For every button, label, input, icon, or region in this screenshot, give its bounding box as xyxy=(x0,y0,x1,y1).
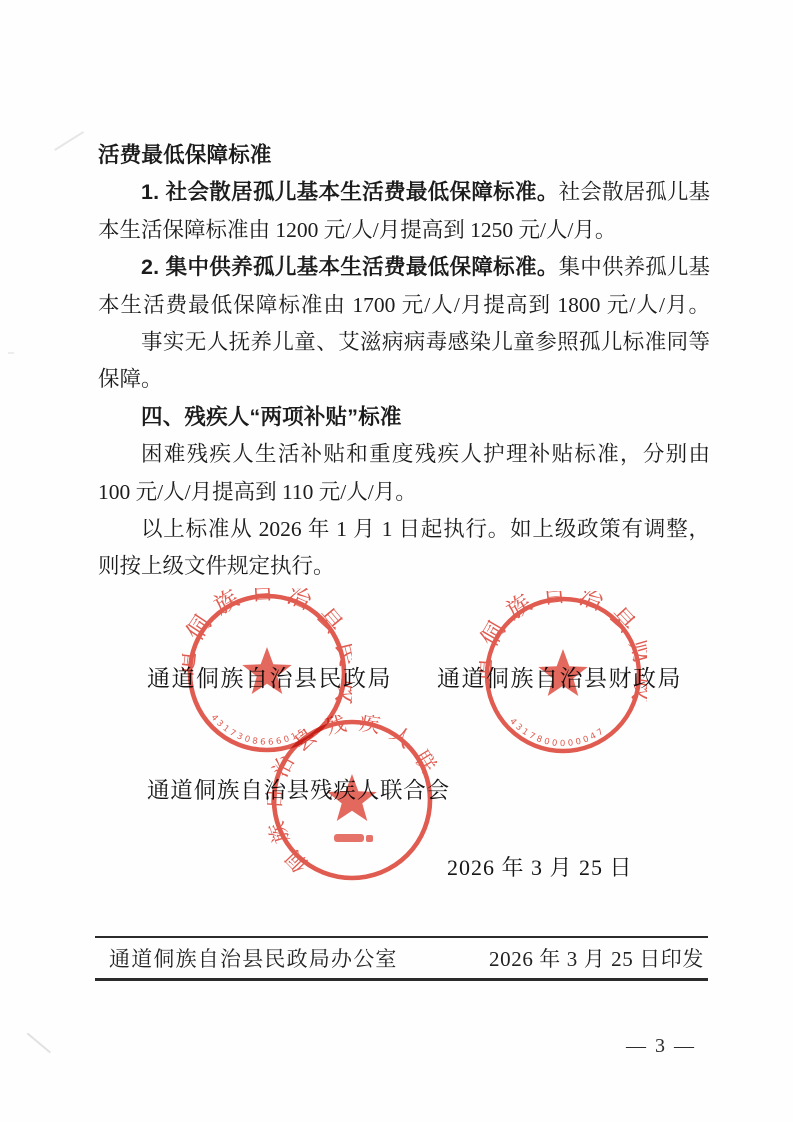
svg-text:通道侗族自治县财政局: 通道侗族自治县财政局 xyxy=(479,591,647,704)
official-seal-finance: 通道侗族自治县财政局 4317800000047 xyxy=(479,591,647,759)
scan-artifact xyxy=(54,131,84,150)
body-text-bold: 1. 社会散居孤儿基本生活费最低保障标准。 xyxy=(141,180,559,204)
footer-rule-bottom xyxy=(95,978,708,981)
body-lines: 活费最低保障标准1. 社会散居孤儿基本生活费最低保障标准。社会散居孤儿基本生活保… xyxy=(98,137,710,586)
body-line: 以上标准从 2026 年 1 月 1 日起执行。如上级政策有调整， xyxy=(98,511,710,548)
star-icon xyxy=(327,774,376,821)
body-line: 1. 社会散居孤儿基本生活费最低保障标准。社会散居孤儿基 xyxy=(98,174,710,211)
body-text: 社会散居孤儿基 xyxy=(559,180,710,204)
footer-print-date: 2026 年 3 月 25 日印发 xyxy=(489,943,708,973)
body-text-bold: 四、残疾人“两项补贴”标准 xyxy=(141,405,402,429)
footer: 通道侗族自治县民政局办公室 2026 年 3 月 25 日印发 xyxy=(95,940,708,976)
body-text: 集中供养孤儿基 xyxy=(559,255,710,279)
body-text: 本生活保障标准由 1200 元/人/月提高到 1250 元/人/月。 xyxy=(98,218,616,242)
body-line: 2. 集中供养孤儿基本生活费最低保障标准。集中供养孤儿基 xyxy=(98,249,710,286)
page-number: — 3 — xyxy=(626,1035,696,1058)
star-icon xyxy=(242,647,291,694)
body-line: 本生活保障标准由 1200 元/人/月提高到 1250 元/人/月。 xyxy=(98,212,710,249)
document-page: 活费最低保障标准1. 社会散居孤儿基本生活费最低保障标准。社会散居孤儿基本生活保… xyxy=(0,0,793,1122)
body-line: 事实无人抚养儿童、艾滋病病毒感染儿童参照孤儿标准同等 xyxy=(98,324,710,361)
body-line: 四、残疾人“两项补贴”标准 xyxy=(98,399,710,436)
seal-name-text: 通道侗族自治县财政局 xyxy=(479,591,647,704)
body-text: 本生活费最低保障标准由 1700 元/人/月提高到 1800 元/人/月。 xyxy=(98,293,710,317)
star-icon xyxy=(538,649,587,696)
body-text: 困难残疾人生活补贴和重度残疾人护理补贴标准，分别由 xyxy=(141,442,710,466)
body-text: 保障。 xyxy=(98,367,163,391)
body-text: 事实无人抚养儿童、艾滋病病毒感染儿童参照孤儿标准同等 xyxy=(141,330,710,354)
body-text: 则按上级文件规定执行。 xyxy=(98,554,335,578)
scan-artifact xyxy=(8,352,14,354)
body-line: 保障。 xyxy=(98,361,710,398)
signature-date: 2026 年 3 月 25 日 xyxy=(447,851,633,882)
body-line: 100 元/人/月提高到 110 元/人/月。 xyxy=(98,474,710,511)
footer-rule-top xyxy=(95,936,708,938)
body-line: 困难残疾人生活补贴和重度残疾人护理补贴标准，分别由 xyxy=(98,436,710,473)
body-text-bold: 2. 集中供养孤儿基本生活费最低保障标准。 xyxy=(141,255,559,279)
seal-submark xyxy=(334,834,373,842)
body-text: 以上标准从 2026 年 1 月 1 日起执行。如上级政策有调整， xyxy=(141,517,710,541)
body-text-bold: 活费最低保障标准 xyxy=(98,143,272,167)
body-text: 100 元/人/月提高到 110 元/人/月。 xyxy=(98,480,417,504)
body-line: 本生活费最低保障标准由 1700 元/人/月提高到 1800 元/人/月。 xyxy=(98,287,710,324)
body-line: 活费最低保障标准 xyxy=(98,137,710,174)
official-seal-disabled-federation: 通道侗族自治县残疾人联合会 xyxy=(267,715,437,885)
footer-issuing-office: 通道侗族自治县民政局办公室 xyxy=(95,943,398,973)
scan-artifact xyxy=(27,1033,51,1053)
body-line: 则按上级文件规定执行。 xyxy=(98,548,710,585)
